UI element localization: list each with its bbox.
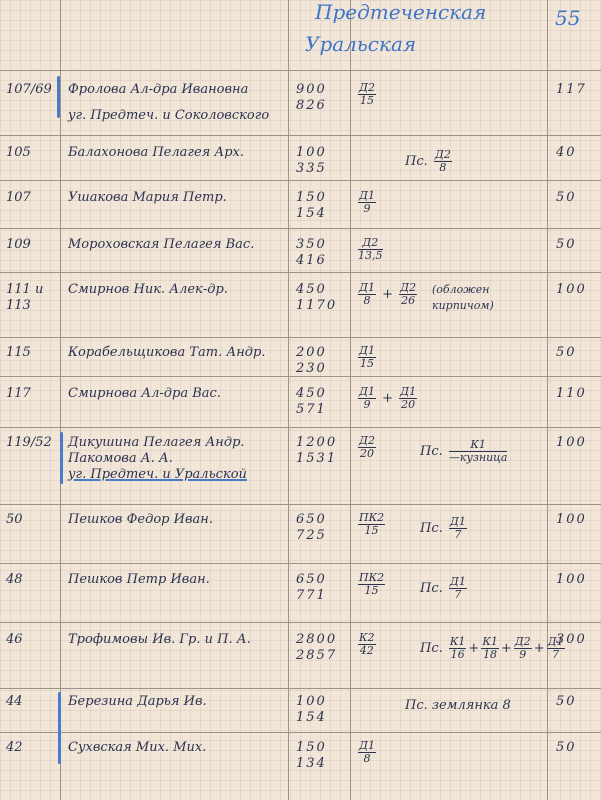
owner-name: Пешков Федор Иван. [68,512,213,528]
material-cell: Д213,5 [356,237,385,262]
house-number: 44 [6,694,23,710]
column-divider [288,0,289,800]
area-value: 2800 [296,632,337,648]
owner-name: Смирнов Ник. Алек-др. [68,282,228,298]
fraction: Д213,5 [358,237,383,262]
owner-detail: уг. Предтеч. и Уральской [68,467,247,483]
house-number: 48 [6,572,23,588]
area-value: 154 [296,206,327,222]
fraction: Д17 [449,516,467,541]
row-divider [0,688,601,689]
material-cell: Д18 + Д226 [356,282,419,307]
fraction: Д17 [449,576,467,601]
margin-mark [58,692,61,764]
owner-names: Балахонова Пелагея Арх. [68,145,244,161]
owner-names: Мороховская Пелагея Вас. [68,237,254,253]
house-number: 50 [6,512,23,528]
material-cell: Д115 [356,345,378,370]
area-values: 28002857 [296,632,337,664]
column-divider [60,0,61,800]
fraction: Д226 [399,282,417,307]
page-number: 55 [555,10,580,26]
value-cell: 50 [556,345,577,361]
area-value: 134 [296,756,327,772]
value-cell: 50 [556,694,577,710]
owner-names: Смирнова Ал-дра Вас. [68,386,221,402]
owner-names: Пешков Федор Иван. [68,512,213,528]
owner-name: Балахонова Пелагея Арх. [68,145,244,161]
fraction: Д18 [358,740,376,765]
owner-detail: уг. Предтеч. и Соколовского [68,108,269,124]
area-value: 450 [296,386,327,402]
area-value: 900 [296,82,327,98]
area-values: 200230 [296,345,327,377]
area-values: 12001531 [296,435,337,467]
house-number: 105 [6,145,31,161]
area-value: 1200 [296,435,337,451]
fraction: Д115 [358,345,376,370]
owner-name: Сухвская Мих. Мих. [68,740,206,756]
value-cell: 110 [556,386,587,402]
street-name-2: Уральская [305,36,416,52]
row-divider [0,732,601,733]
value-cell: 50 [556,740,577,756]
fraction: Д28 [434,149,452,174]
margin-mark [57,76,60,118]
area-values: 350416 [296,237,327,269]
row-divider [0,427,601,428]
area-values: 650771 [296,572,327,604]
extra-note: Пс. землянка 8 [405,698,511,714]
area-value: 154 [296,710,327,726]
owner-detail: Пакомова А. А. [68,451,247,467]
area-value: 100 [296,694,327,710]
area-values: 150154 [296,190,327,222]
area-value: 416 [296,253,327,269]
fraction: Д18 [358,282,376,307]
owner-name: Смирнова Ал-дра Вас. [68,386,221,402]
row-divider [0,135,601,136]
house-number: 111 и 113 [6,282,46,314]
value-cell: 100 [556,512,587,528]
fraction: К118 [481,636,499,661]
fraction: К1—кузница [449,439,508,464]
material-cell: К242 [356,632,378,657]
row-divider [0,272,601,273]
owner-name: Фролова Ал-дра Ивановна [68,82,269,98]
row-divider [0,504,601,505]
house-number: 42 [6,740,23,756]
fraction: Д29 [514,636,532,661]
area-value: 1531 [296,451,337,467]
row-divider [0,337,601,338]
owner-name: Корабельщикова Тат. Андр. [68,345,265,361]
area-value: 826 [296,98,327,114]
house-number: 117 [6,386,31,402]
material-cell: ПК215 [356,572,387,597]
extra-note: Пс. Д17 [420,516,469,541]
owner-names: Фролова Ал-дра Ивановнауг. Предтеч. и Со… [68,82,269,124]
area-values: 450571 [296,386,327,418]
area-value: 335 [296,161,327,177]
street-name-1: Предтеченская [315,4,486,20]
fraction: К116 [449,636,467,661]
owner-names: Трофимовы Ив. Гр. и П. А. [68,632,251,648]
area-value: 725 [296,528,327,544]
area-value: 230 [296,361,327,377]
material-cell: Д215 [356,82,378,107]
extra-note: Пс. К1—кузница [420,439,509,464]
area-values: 900826 [296,82,327,114]
fraction: Д215 [358,82,376,107]
extra-note: Пс. Д17 [420,576,469,601]
material-cell: Д19 + Д120 [356,386,419,411]
value-cell: 100 [556,572,587,588]
column-divider [350,0,351,800]
value-cell: 40 [556,145,577,161]
material-cell: Д18 [356,740,378,765]
extra-note: Пс. К116+К118+Д29+Д17 [420,636,567,661]
value-cell: 50 [556,190,577,206]
row-divider [0,563,601,564]
house-number: 119/52 [6,435,52,451]
area-value: 2857 [296,648,337,664]
house-number: 107 [6,190,31,206]
area-value: 150 [296,740,327,756]
row-divider [0,622,601,623]
owner-names: Дикушина Пелагея Андр.Пакомова А. А.уг. … [68,435,247,483]
area-values: 100154 [296,694,327,726]
area-value: 771 [296,588,327,604]
area-values: 650725 [296,512,327,544]
owner-names: Корабельщикова Тат. Андр. [68,345,265,361]
area-value: 100 [296,145,327,161]
value-cell: 100 [556,435,587,451]
value-cell: 117 [556,82,587,98]
fraction: ПК215 [358,572,385,597]
owner-name: Березина Дарья Ив. [68,694,207,710]
fraction: К242 [358,632,376,657]
owner-name: Мороховская Пелагея Вас. [68,237,254,253]
column-divider [547,0,548,800]
area-value: 350 [296,237,327,253]
row-divider [0,228,601,229]
fraction: Д19 [358,190,376,215]
fraction: ПК215 [358,512,385,537]
fraction: Д220 [358,435,376,460]
owner-names: Пешков Петр Иван. [68,572,210,588]
area-values: 4501170 [296,282,337,314]
house-number: 46 [6,632,23,648]
material-cell: Д19 [356,190,378,215]
margin-mark [60,432,63,484]
area-value: 571 [296,402,327,418]
row-divider [0,180,601,181]
owner-names: Березина Дарья Ив. [68,694,207,710]
material-cell: Д220 [356,435,378,460]
owner-name: Пешков Петр Иван. [68,572,210,588]
value-cell: 50 [556,237,577,253]
area-value: 1170 [296,298,337,314]
area-value: 650 [296,512,327,528]
area-value: 200 [296,345,327,361]
fraction: Д120 [399,386,417,411]
area-values: 150134 [296,740,327,772]
house-number: 109 [6,237,31,253]
row-divider [0,70,601,71]
owner-name: Трофимовы Ив. Гр. и П. А. [68,632,251,648]
value-cell: 100 [556,282,587,298]
house-number: 107/69 [6,82,52,98]
material-cell: ПК215 [356,512,387,537]
owner-name: Ушакова Мария Петр. [68,190,227,206]
extra-note: Пс. Д28 [405,149,454,174]
owner-names: Ушакова Мария Петр. [68,190,227,206]
owner-names: Сухвская Мих. Мих. [68,740,206,756]
extra-note: (обложен кирпичом) [432,282,542,314]
fraction: Д19 [358,386,376,411]
area-value: 450 [296,282,337,298]
owner-name: Дикушина Пелагея Андр. [68,435,247,451]
area-value: 650 [296,572,327,588]
area-values: 100335 [296,145,327,177]
area-value: 150 [296,190,327,206]
value-cell: 300 [556,632,587,648]
house-number: 115 [6,345,31,361]
owner-names: Смирнов Ник. Алек-др. [68,282,228,298]
